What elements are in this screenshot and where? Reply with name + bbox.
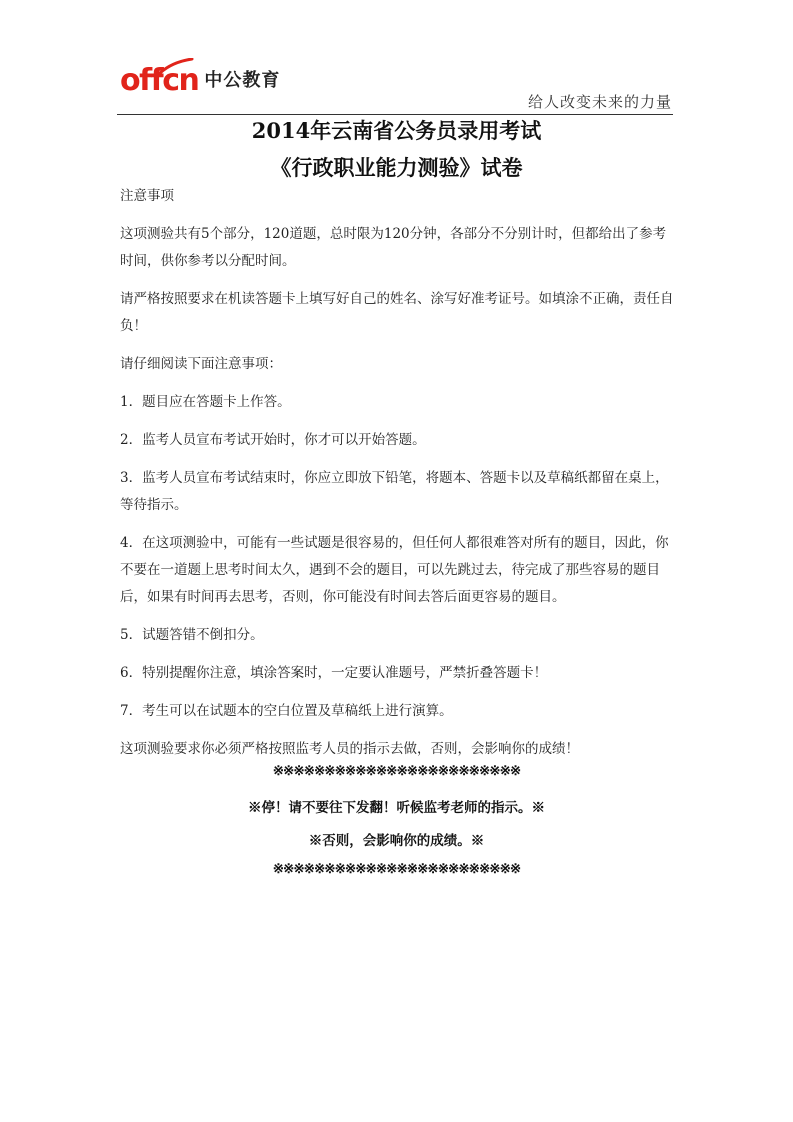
- notice-item: 5．试题答错不倒扣分。: [120, 622, 676, 649]
- stop-banner-line1: ※停！请不要往下发翻！听候监考老师的指示。※: [0, 796, 793, 816]
- notice-item: 4．在这项测验中，可能有一些试题是很容易的，但任何人都很难答对所有的题目，因此，…: [120, 530, 676, 611]
- notice-section: 注意事项 这项测验共有5个部分，120道题，总时限为120分钟，各部分不分别计时…: [120, 183, 676, 763]
- notice-item: 3．监考人员宣布考试结束时，你应立即放下铅笔，将题本、答题卡以及草稿纸都留在桌上…: [120, 465, 676, 519]
- logo-mark: offcn: [120, 66, 198, 96]
- notice-item: 6．特别提醒你注意，填涂答案时，一定要认准题号，严禁折叠答题卡！: [120, 660, 676, 687]
- logo-swoosh-icon: [158, 58, 194, 74]
- stop-banner-border-bottom: ※※※※※※※※※※※※※※※※※※※※※※※※: [0, 861, 793, 877]
- stop-banner-line2: ※否则，会影响你的成绩。※: [0, 829, 793, 849]
- notice-item: 7．考生可以在试题本的空白位置及草稿纸上进行演算。: [120, 698, 676, 725]
- notice-heading: 注意事项: [120, 183, 676, 210]
- notice-item: 2．监考人员宣布考试开始时，你才可以开始答题。: [120, 427, 676, 454]
- logo-chinese-text: 中公教育: [204, 66, 280, 96]
- document-page: offcn 中公教育 给人改变未来的力量 2014年云南省公务员录用考试 《行政…: [0, 0, 793, 1122]
- document-subtitle: 《行政职业能力测验》试卷: [0, 154, 793, 182]
- notice-item: 1．题目应在答题卡上作答。: [120, 389, 676, 416]
- notice-read-prompt: 请仔细阅读下面注意事项：: [120, 351, 676, 378]
- notice-intro: 这项测验共有5个部分，120道题，总时限为120分钟，各部分不分别计时，但都给出…: [120, 221, 676, 275]
- header-slogan: 给人改变未来的力量: [528, 91, 672, 112]
- stop-banner-border-top: ※※※※※※※※※※※※※※※※※※※※※※※※: [0, 763, 793, 779]
- offcn-logo: offcn 中公教育: [120, 63, 280, 99]
- notice-closing: 这项测验要求你必须严格按照监考人员的指示去做，否则，会影响你的成绩！: [120, 736, 676, 763]
- document-title: 2014年云南省公务员录用考试: [0, 117, 793, 145]
- notice-instruction: 请严格按照要求在机读答题卡上填写好自己的姓名、涂写好准考证号。如填涂不正确，责任…: [120, 286, 676, 340]
- header-divider: [117, 114, 673, 115]
